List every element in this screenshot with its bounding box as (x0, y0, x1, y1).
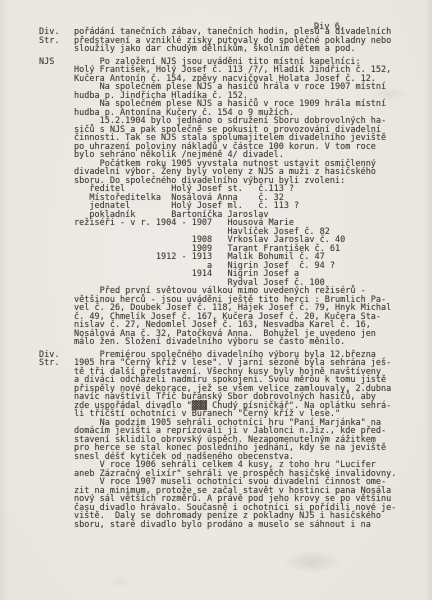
margin-note: Str. (39, 359, 59, 368)
margin-note: Str. (39, 37, 59, 46)
margin-note: NJS (39, 58, 54, 67)
document-lines: Div.pořádání tanečních zábav, tanečních … (0, 28, 432, 529)
document-line-text: sboru, staré divadlo bylo prodáno a muse… (74, 520, 371, 530)
document-line: málo žen. Složení divadelního výboru se … (0, 338, 432, 347)
document-line: sloužily jako dar chudým dělníkům, školn… (0, 45, 432, 54)
document-line-text: sloužily jako dar chudým dělníkům, školn… (74, 44, 355, 54)
document-line: sboru, staré divadlo bylo prodáno a muse… (0, 521, 432, 530)
scanned-document-page: Div 6. Div.pořádání tanečních zábav, tan… (0, 0, 432, 600)
document-line-text: málo žen. Složení divadelního výboru se … (74, 337, 345, 347)
